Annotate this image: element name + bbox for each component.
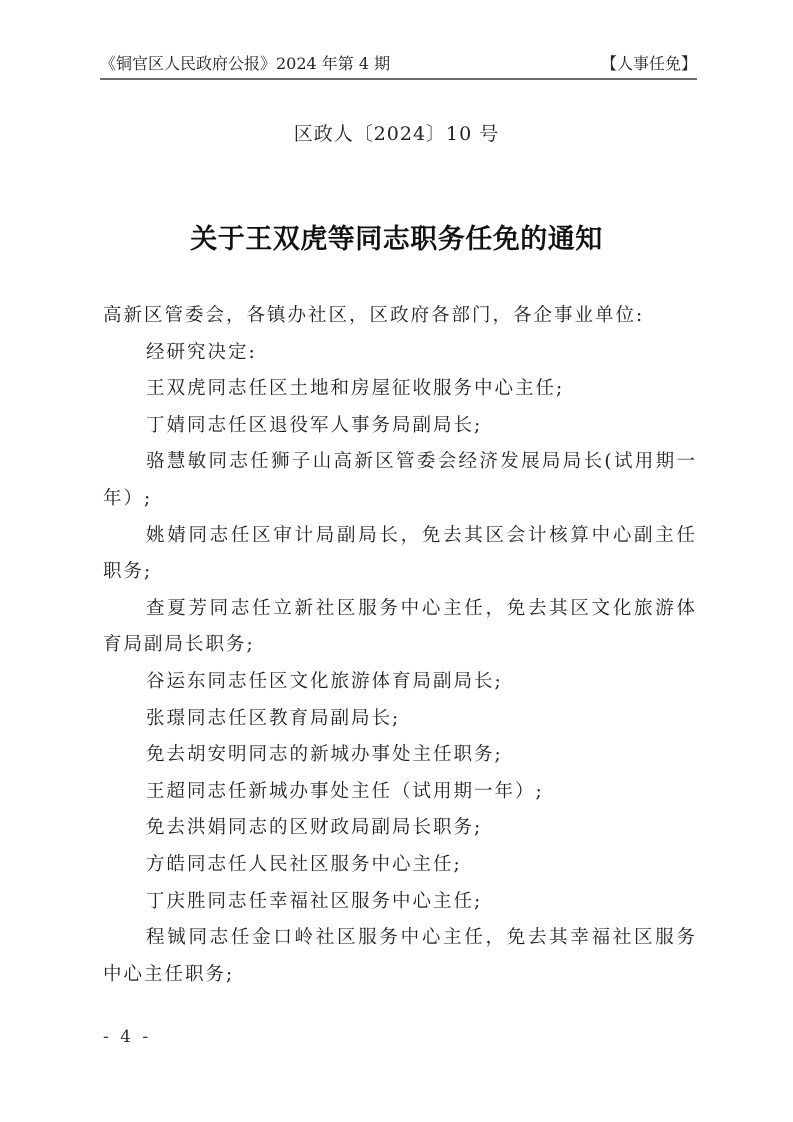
- addressee: 高新区管委会，各镇办社区，区政府各部门，各企事业单位:: [103, 298, 697, 335]
- paragraph-appointment: 方皓同志任人民社区服务中心主任;: [103, 847, 697, 884]
- paragraph-appointment: 姚婧同志任区审计局副局长，免去其区会计核算中心副主任职务;: [103, 518, 697, 591]
- paragraph-dismissal: 免去洪娟同志的区财政局副局长职务;: [103, 810, 697, 847]
- document-body: 高新区管委会，各镇办社区，区政府各部门，各企事业单位: 经研究决定: 王双虎同志…: [103, 298, 697, 993]
- paragraph-appointment: 丁庆胜同志任幸福社区服务中心主任;: [103, 884, 697, 921]
- document-title: 关于王双虎等同志职务任免的通知: [0, 220, 793, 260]
- paragraph-dismissal: 免去胡安明同志的新城办事处主任职务;: [103, 737, 697, 774]
- paragraph-appointment: 骆慧敏同志任狮子山高新区管委会经济发展局局长(试用期一年）;: [103, 444, 697, 517]
- paragraph-appointment: 丁婧同志任区退役军人事务局副局长;: [103, 408, 697, 445]
- paragraph-appointment: 谷运东同志任区文化旅游体育局副局长;: [103, 664, 697, 701]
- paragraph-appointment: 程铖同志任金口岭社区服务中心主任，免去其幸福社区服务中心主任职务;: [103, 920, 697, 993]
- paragraph-appointment: 查夏芳同志任立新社区服务中心主任，免去其区文化旅游体育局副局长职务;: [103, 591, 697, 664]
- page-number: - 4 -: [103, 1025, 151, 1049]
- paragraph-appointment: 张璟同志任区教育局副局长;: [103, 701, 697, 738]
- paragraph-appointment: 王超同志任新城办事处主任（试用期一年）;: [103, 774, 697, 811]
- paragraph-decision-intro: 经研究决定:: [103, 335, 697, 372]
- header-divider: [100, 78, 697, 80]
- section-label: 【人事任免】: [601, 52, 697, 76]
- publication-title: 《铜官区人民政府公报》2024 年第 4 期: [100, 52, 390, 76]
- page-header: 《铜官区人民政府公报》2024 年第 4 期 【人事任免】: [100, 52, 697, 76]
- paragraph-appointment: 王双虎同志任区土地和房屋征收服务中心主任;: [103, 371, 697, 408]
- document-number: 区政人〔2024〕10 号: [0, 118, 793, 150]
